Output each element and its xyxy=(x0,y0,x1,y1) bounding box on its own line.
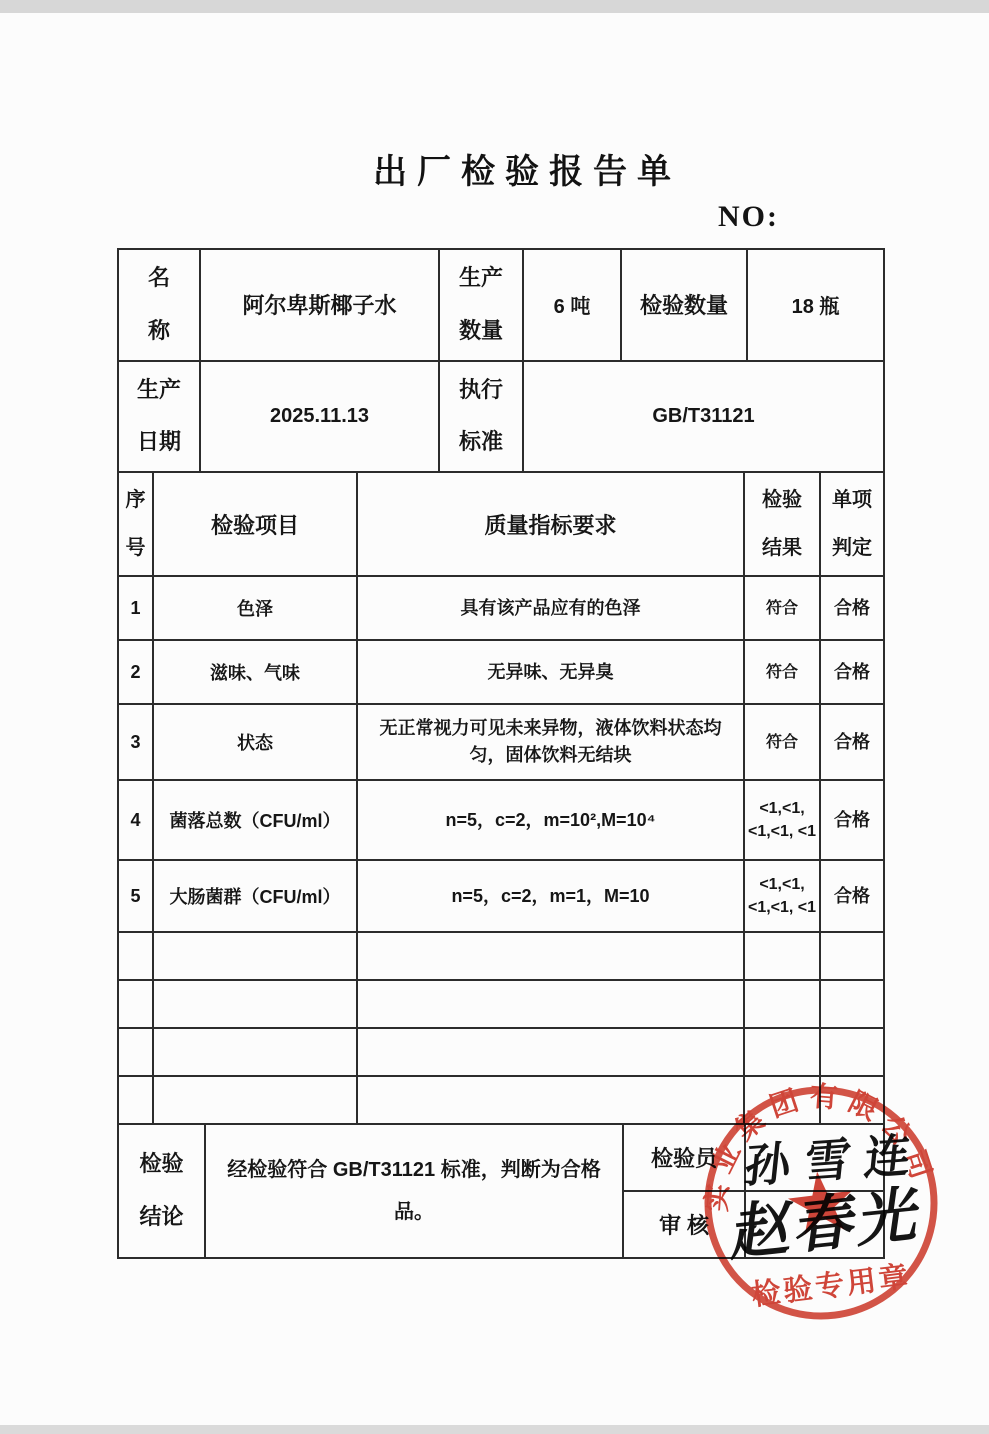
production-date-value: 2025.11.13 xyxy=(200,361,439,473)
empty-row xyxy=(118,932,884,980)
header-requirement: 质量指标要求 xyxy=(357,472,744,576)
empty-cell xyxy=(118,1076,153,1124)
standard-value: GB/T31121 xyxy=(523,361,884,473)
table-row: 名称 阿尔卑斯椰子水 生产数量 6 吨 检验数量 18 瓶 xyxy=(118,249,884,361)
empty-cell xyxy=(153,932,357,980)
header-result: 检验结果 xyxy=(744,472,820,576)
item-name: 大肠菌群（CFU/ml） xyxy=(153,860,357,932)
standard-label: 执行标准 xyxy=(439,361,523,473)
product-name-label: 名称 xyxy=(118,249,200,361)
empty-cell xyxy=(357,1076,744,1124)
item-requirement: 具有该产品应有的色泽 xyxy=(357,576,744,640)
empty-row xyxy=(118,980,884,1028)
empty-cell xyxy=(820,1028,884,1076)
empty-cell xyxy=(744,932,820,980)
conclusion-text: 经检验符合 GB/T31121 标准，判断为合格品。 xyxy=(205,1124,623,1258)
production-qty-label: 生产数量 xyxy=(439,249,523,361)
item-result: 符合 xyxy=(744,640,820,704)
item-name: 状态 xyxy=(153,704,357,780)
header-seq: 序号 xyxy=(118,472,153,576)
page-title: 出厂检验报告单 xyxy=(0,144,989,193)
header-item: 检验项目 xyxy=(153,472,357,576)
photo-edge-top xyxy=(0,0,989,13)
production-date-label: 生产日期 xyxy=(118,361,200,473)
empty-cell xyxy=(153,1076,357,1124)
empty-cell xyxy=(820,980,884,1028)
empty-cell xyxy=(357,980,744,1028)
item-name: 菌落总数（CFU/ml） xyxy=(153,780,357,860)
empty-cell xyxy=(820,1076,884,1124)
item-requirement: n=5，c=2，m=10²,M=10⁴ xyxy=(357,780,744,860)
item-judgement: 合格 xyxy=(820,576,884,640)
item-judgement: 合格 xyxy=(820,780,884,860)
item-judgement: 合格 xyxy=(820,860,884,932)
empty-cell xyxy=(118,932,153,980)
table-row: 生产日期 2025.11.13 执行标准 GB/T31121 xyxy=(118,361,884,473)
report-body: 名称 阿尔卑斯椰子水 生产数量 6 吨 检验数量 18 瓶 生产日期 2025.… xyxy=(117,248,883,1259)
item-result: <1,<1, <1,<1, <1 xyxy=(744,860,820,932)
items-header-row: 序号 检验项目 质量指标要求 检验结果 单项判定 xyxy=(118,472,884,576)
table-row: 4 菌落总数（CFU/ml） n=5，c=2，m=10²,M=10⁴ <1,<1… xyxy=(118,780,884,860)
inspection-qty-value: 18 瓶 xyxy=(747,249,884,361)
empty-cell xyxy=(744,1028,820,1076)
item-name: 色泽 xyxy=(153,576,357,640)
empty-cell xyxy=(118,980,153,1028)
item-seq: 1 xyxy=(118,576,153,640)
product-name-value: 阿尔卑斯椰子水 xyxy=(200,249,439,361)
item-seq: 5 xyxy=(118,860,153,932)
conclusion-label: 检验结论 xyxy=(118,1124,205,1258)
inspector-label: 检验员 xyxy=(623,1124,745,1191)
item-requirement: 无正常视力可见未来异物，液体饮料状态均匀，固体饮料无结块 xyxy=(357,704,744,780)
empty-cell xyxy=(744,1076,820,1124)
inspection-qty-label: 检验数量 xyxy=(621,249,747,361)
inspection-report-page: 出厂检验报告单 NO: 名称 阿尔卑斯椰子水 生产数量 6 吨 检验数量 18 … xyxy=(0,0,989,1434)
empty-row xyxy=(118,1028,884,1076)
empty-cell xyxy=(153,980,357,1028)
empty-cell xyxy=(357,1028,744,1076)
item-result: <1,<1, <1,<1, <1 xyxy=(744,780,820,860)
table-row: 2 滋味、气味 无异味、无异臭 符合 合格 xyxy=(118,640,884,704)
header-judgement: 单项判定 xyxy=(820,472,884,576)
empty-cell xyxy=(744,980,820,1028)
empty-cell xyxy=(118,1028,153,1076)
item-result: 符合 xyxy=(744,704,820,780)
item-name: 滋味、气味 xyxy=(153,640,357,704)
reviewer-label: 审 核 xyxy=(623,1191,745,1258)
table-row: 1 色泽 具有该产品应有的色泽 符合 合格 xyxy=(118,576,884,640)
item-requirement: n=5，c=2，m=1，M=10 xyxy=(357,860,744,932)
item-seq: 4 xyxy=(118,780,153,860)
inspection-items-table: 序号 检验项目 质量指标要求 检验结果 单项判定 1 色泽 具有该产品应有的色泽… xyxy=(117,471,885,1125)
production-qty-value: 6 吨 xyxy=(523,249,621,361)
item-judgement: 合格 xyxy=(820,704,884,780)
empty-row xyxy=(118,1076,884,1124)
item-judgement: 合格 xyxy=(820,640,884,704)
empty-cell xyxy=(357,932,744,980)
product-info-table: 名称 阿尔卑斯椰子水 生产数量 6 吨 检验数量 18 瓶 生产日期 2025.… xyxy=(117,248,885,473)
table-row: 5 大肠菌群（CFU/ml） n=5，c=2，m=1，M=10 <1,<1, <… xyxy=(118,860,884,932)
report-number-label: NO: xyxy=(718,200,779,234)
item-result: 符合 xyxy=(744,576,820,640)
empty-cell xyxy=(153,1028,357,1076)
table-row: 3 状态 无正常视力可见未来异物，液体饮料状态均匀，固体饮料无结块 符合 合格 xyxy=(118,704,884,780)
item-requirement: 无异味、无异臭 xyxy=(357,640,744,704)
item-seq: 3 xyxy=(118,704,153,780)
photo-edge-bottom xyxy=(0,1425,989,1434)
item-seq: 2 xyxy=(118,640,153,704)
empty-cell xyxy=(820,932,884,980)
